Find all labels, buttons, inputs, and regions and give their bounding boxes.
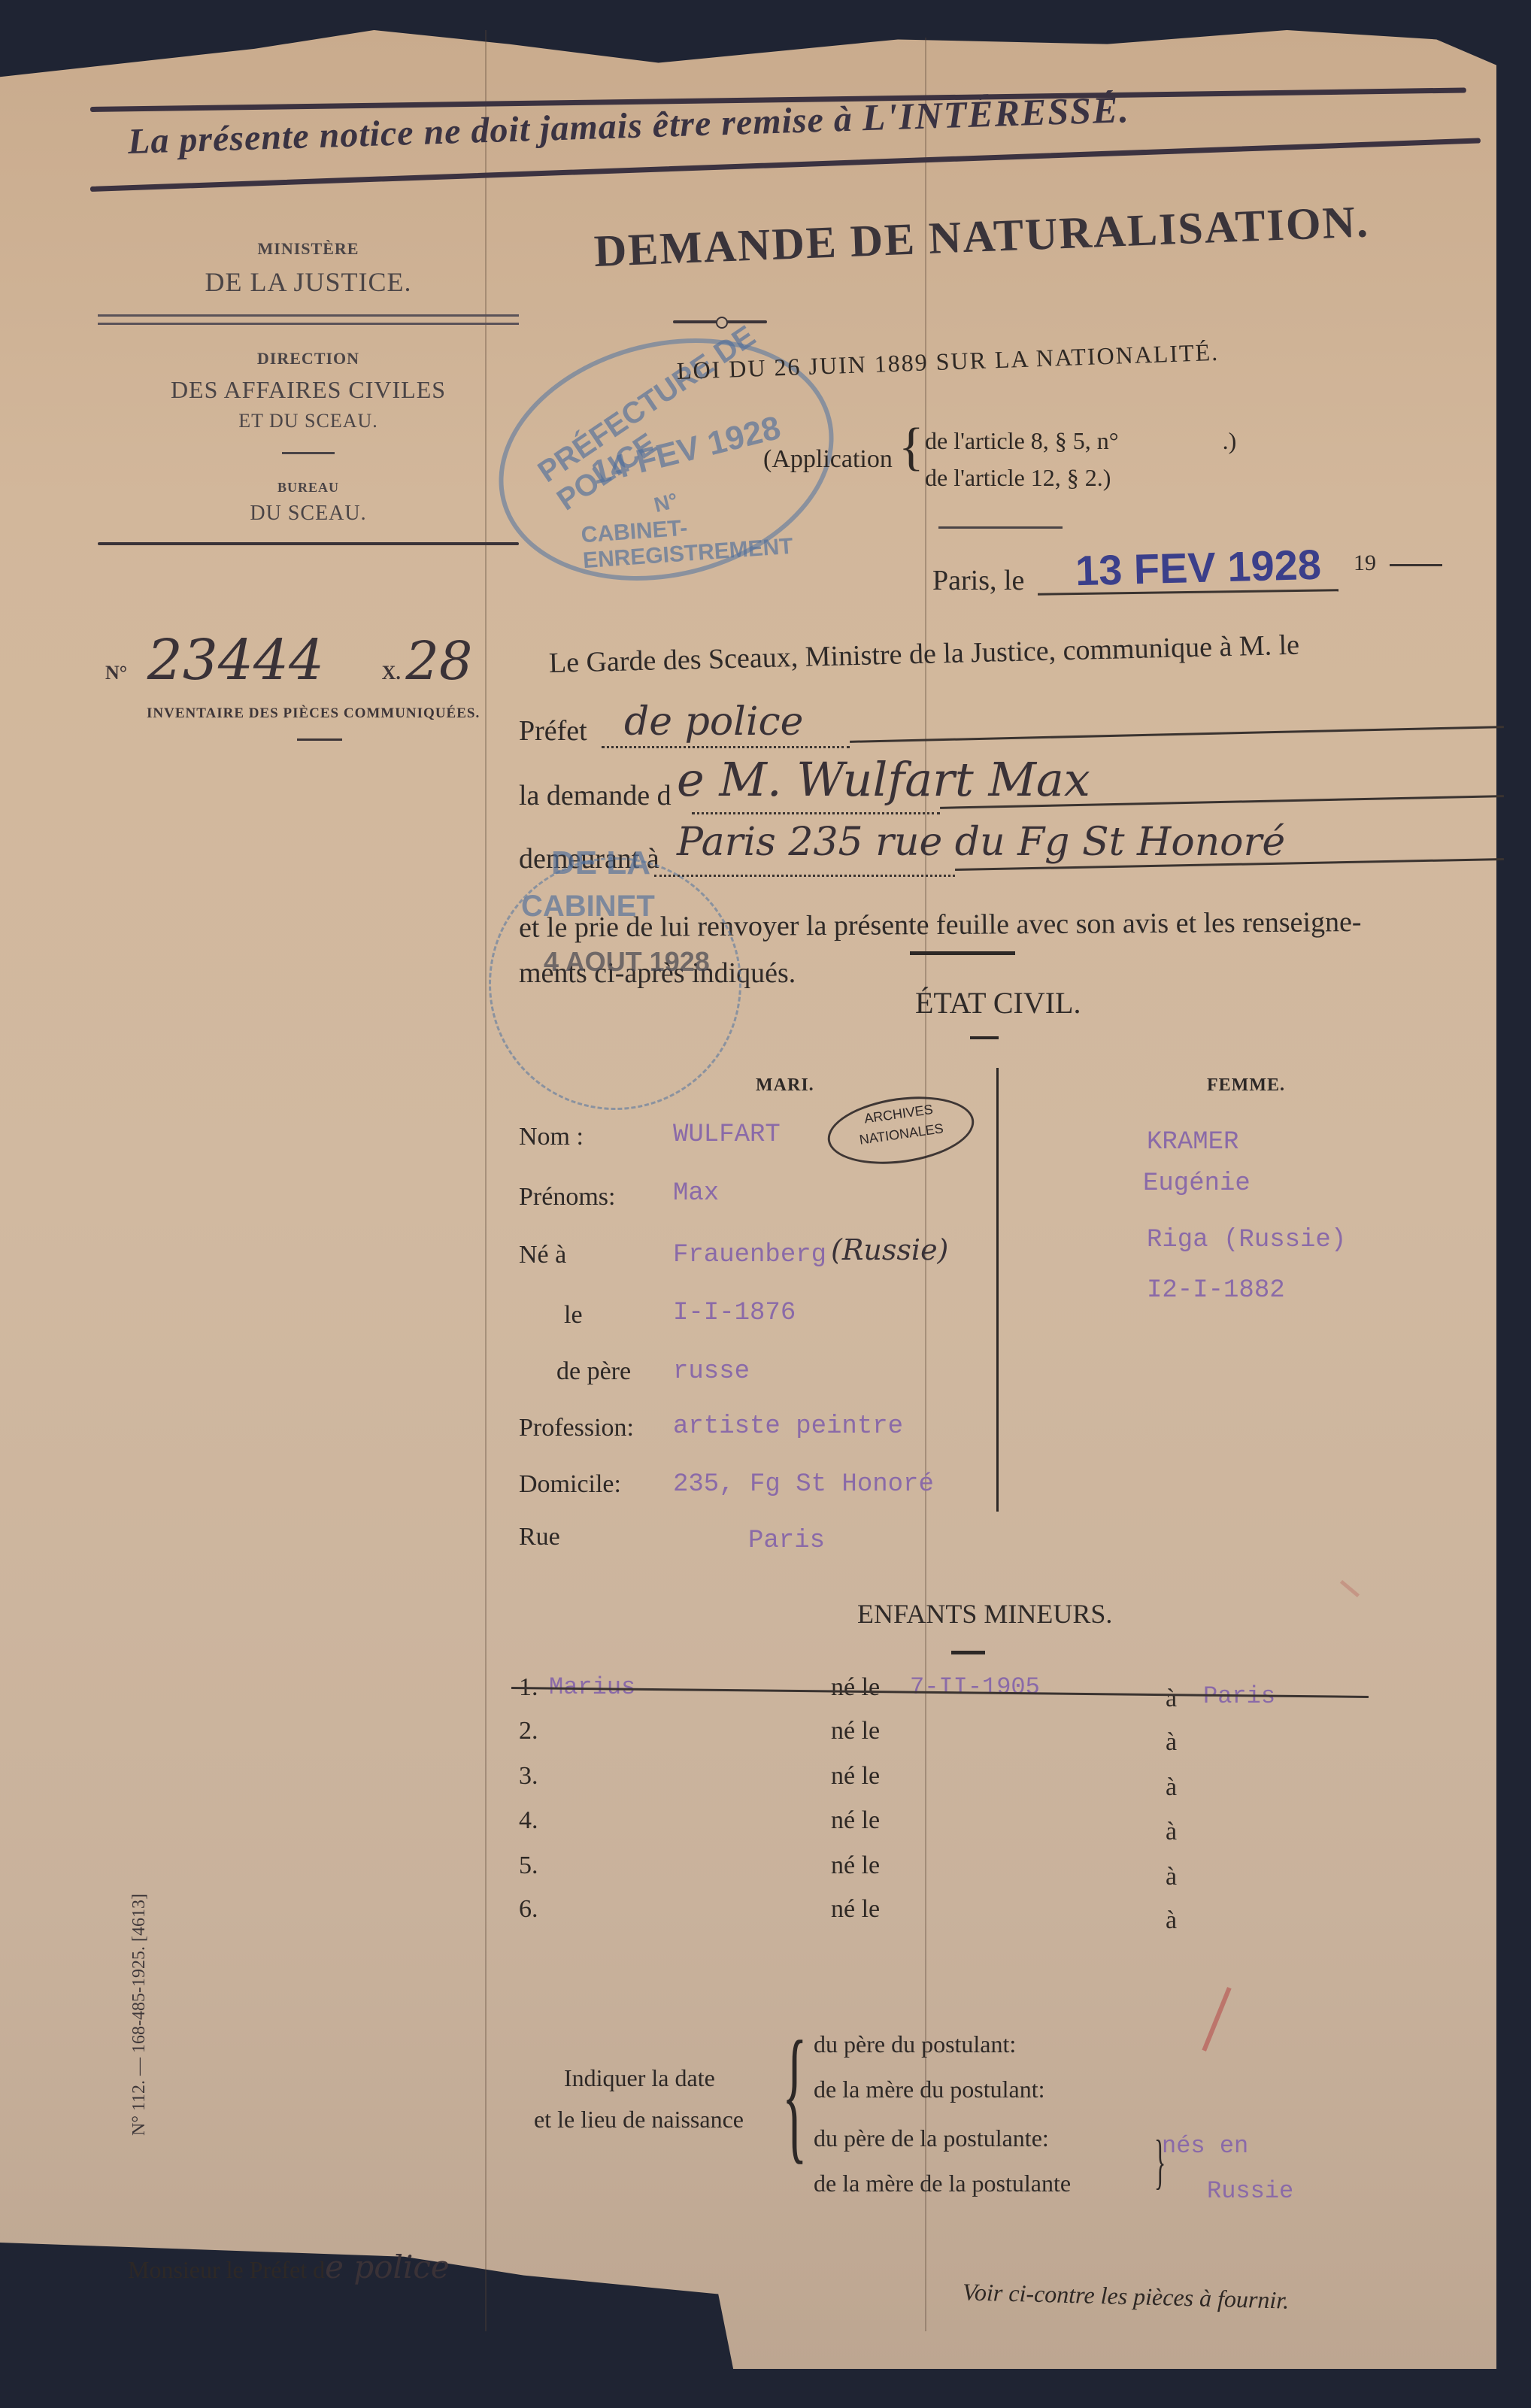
ministry-block: MINISTÈRE DE LA JUSTICE. DIRECTION DES A… [90, 239, 526, 545]
short-rule [282, 452, 335, 454]
parent-item-father-postulante: du père de la postulante: [814, 2124, 1049, 2152]
label-ne-a: Né à [519, 1241, 566, 1269]
short-rule [910, 951, 1015, 955]
mari-profession: artiste peintre [673, 1412, 903, 1441]
ornamental-rule [98, 542, 519, 545]
mari-rue: Paris [748, 1527, 825, 1555]
addressee-handwritten: e police [325, 2249, 450, 2285]
parents-note-1: nés en [1162, 2132, 1248, 2160]
born-label: né le [831, 1806, 880, 1835]
label-profession: Profession: [519, 1414, 634, 1442]
child-birth-date: 7-II-1905 [910, 1673, 1040, 1701]
ministry-label: MINISTÈRE [90, 239, 526, 259]
label-nom: Nom : [519, 1123, 584, 1151]
mari-nationalite-pere: russe [673, 1357, 750, 1386]
cabinet-stamp-mid: CABINET [521, 890, 655, 923]
mari-nom: WULFART [673, 1121, 781, 1149]
born-label: né le [831, 1762, 880, 1791]
child-row-6: 6. né le à [519, 1895, 1421, 1940]
at-label: à [1166, 1906, 1177, 1935]
cabinet-stamp: DE LA CABINET 4 AOUT 1928 [489, 857, 741, 1110]
mari-lieu-naissance: Frauenberg [673, 1241, 826, 1269]
label-domicile: Domicile: [519, 1470, 621, 1499]
fold-crease [925, 38, 926, 2331]
prefet-handwritten[interactable]: de police [624, 699, 803, 745]
demande-dotted-line [692, 812, 940, 814]
mari-date-naissance: I-I-1876 [673, 1299, 796, 1327]
double-rule [98, 314, 519, 325]
femme-heading: FEMME. [1207, 1075, 1285, 1096]
addressee-line: Monsieur le Préfet de police [128, 2249, 450, 2285]
parent-item-mother-postulante: de la mère de la postulante [814, 2170, 1071, 2197]
short-rule [970, 1036, 999, 1039]
born-label: né le [831, 1851, 880, 1880]
x-number: 28 [405, 630, 472, 692]
label-de-pere: de père [556, 1357, 631, 1386]
date-underline-end [1390, 564, 1442, 566]
femme-nom: KRAMER [1147, 1128, 1238, 1157]
born-label: né le [831, 1673, 880, 1702]
label-prenoms: Prénoms: [519, 1183, 615, 1212]
born-label: né le [831, 1717, 880, 1745]
label-rue: Rue [519, 1523, 560, 1551]
mari-lieu-note-handwritten: (Russie) [831, 1233, 948, 1266]
article-1-close: .) [1223, 427, 1237, 454]
file-number-line: N° 23444 X. 28 [105, 628, 472, 693]
short-rule [938, 526, 1063, 529]
enfants-heading: ENFANTS MINEURS. [857, 1598, 1112, 1630]
parents-instruction-1: Indiquer la date [564, 2064, 715, 2092]
at-label: à [1166, 1818, 1177, 1846]
parents-note-2: Russie [1207, 2177, 1293, 2205]
label-le: le [564, 1301, 583, 1330]
cabinet-stamp-date: 4 AOUT 1928 [544, 946, 710, 978]
applicant-handwritten[interactable]: e M. Wulfart Max [677, 752, 1090, 807]
print-code: N° 112. — 168-485-1925. [4613] [129, 1894, 150, 2136]
direction-line2: ET DU SCEAU. [90, 410, 526, 432]
femme-prenoms: Eugénie [1143, 1169, 1251, 1198]
address-handwritten[interactable]: Paris 235 rue du Fg St Honoré [677, 820, 1285, 865]
direction-line1: DES AFFAIRES CIVILES [90, 376, 526, 404]
x-prefix: X. [382, 662, 401, 684]
prefet-dotted-line [602, 746, 850, 748]
mari-domicile: 235, Fg St Honoré [673, 1470, 934, 1499]
short-rule [297, 738, 342, 741]
stamp-prefecture-no: N° [652, 488, 681, 517]
child-row-2: 2. né le à [519, 1717, 1421, 1762]
child-row-4: 4. né le à [519, 1806, 1421, 1851]
ministry-name: DE LA JUSTICE. [90, 266, 526, 298]
mari-prenoms: Max [673, 1179, 719, 1208]
notice-caps: L'INTÉRESSÉ. [862, 88, 1131, 138]
child-number: 2. [519, 1717, 538, 1745]
at-label: à [1166, 1863, 1177, 1891]
child-number: 6. [519, 1895, 538, 1924]
at-label: à [1166, 1728, 1177, 1757]
short-rule [951, 1651, 985, 1654]
parent-item-father-postulant: du père du postulant: [814, 2030, 1016, 2058]
born-label: né le [831, 1895, 880, 1924]
date-prefix: Paris, le [932, 564, 1024, 597]
cabinet-stamp-top: DE LA [551, 845, 650, 882]
etat-civil-heading: ÉTAT CIVIL. [915, 985, 1081, 1021]
article-1: de l'article 8, § 5, n° [925, 427, 1119, 454]
parents-instruction-2: et le lieu de naissance [534, 2106, 744, 2134]
file-number: 23444 [147, 628, 324, 693]
child-row-5: 5. né le à [519, 1851, 1421, 1897]
demeurant-dotted-line [654, 875, 955, 877]
inventory-label: INVENTAIRE DES PIÈCES COMMUNIQUÉES. [147, 705, 480, 722]
demande-label: la demande d [519, 779, 672, 812]
application-brace: { [899, 421, 924, 474]
received-date-stamp: 13 FEV 1928 [1075, 540, 1321, 596]
mari-heading: MARI. [756, 1075, 814, 1096]
child-number: 5. [519, 1851, 538, 1880]
at-label: à [1166, 1773, 1177, 1802]
bureau-label: BUREAU [90, 480, 526, 496]
article-2: de l'article 12, § 2.) [925, 464, 1111, 492]
parent-item-mother-postulant: de la mère du postulant: [814, 2076, 1044, 2103]
direction-label: DIRECTION [90, 349, 526, 368]
child-row-1: 1. Marius né le 7-II-1905 à Paris [519, 1673, 1421, 1718]
child-row-3: 3. né le à [519, 1762, 1421, 1807]
mari-femme-divider [996, 1068, 999, 1512]
application-label: (Application [763, 445, 893, 474]
femme-lieu-naissance: Riga (Russie) [1147, 1226, 1346, 1254]
at-label: à [1166, 1685, 1177, 1713]
parents-brace: { [782, 2019, 808, 2170]
femme-date-naissance: I2-I-1882 [1147, 1276, 1285, 1305]
prefet-label: Préfet [519, 714, 587, 748]
number-prefix: N° [105, 662, 127, 684]
addressee-label: Monsieur le Préfet d [128, 2256, 325, 2283]
bureau-name: DU SCEAU. [90, 502, 526, 526]
article-1-line: de l'article 8, § 5, n° .) [925, 427, 1236, 455]
date-century: 19 [1354, 550, 1376, 576]
child-number: 3. [519, 1762, 538, 1791]
child-number: 4. [519, 1806, 538, 1835]
